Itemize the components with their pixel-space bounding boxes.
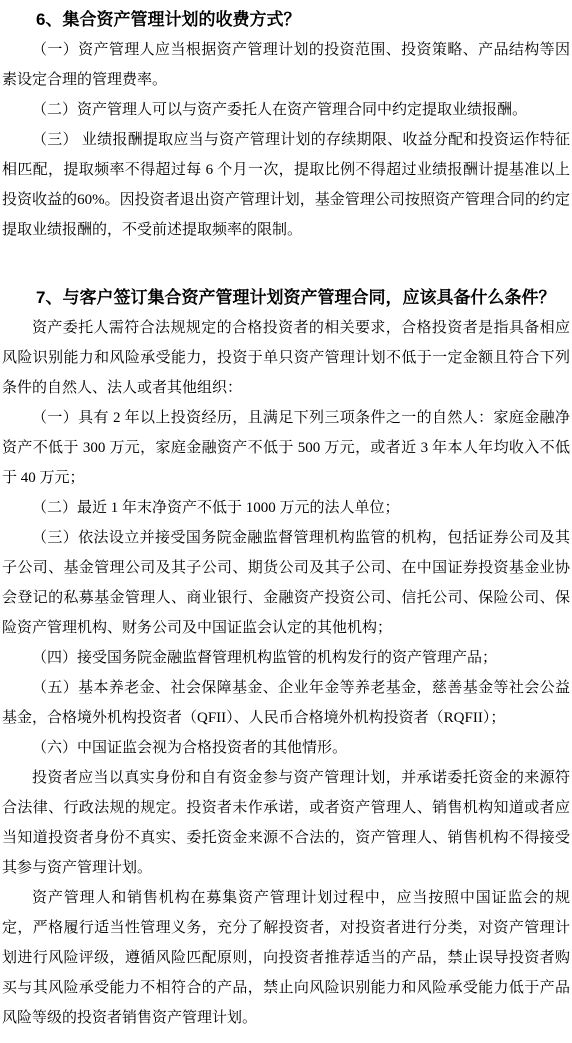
section-contract-conditions: 7、与客户签订集合资产管理计划资产管理合同，应该具备什么条件？ 资产委托人需符合… [2,283,570,1033]
section-7-paragraph-item-5: （五）基本养老金、社会保障基金、企业年金等养老基金，慈善基金等社会公益基金，合格… [2,673,570,733]
section-7-paragraph-item-3: （三）依法设立并接受国务院金融监督管理机构监管的机构，包括证券公司及其子公司、基… [2,523,570,643]
section-6-paragraph-3: （三） 业绩报酬提取应当与资产管理计划的存续期限、收益分配和投资运作特征相匹配，… [2,125,570,245]
document-page: 6、集合资产管理计划的收费方式？ （一）资产管理人应当根据资产管理计划的投资范围… [0,0,572,1043]
section-7-paragraph-item-2: （二）最近 1 年末净资产不低于 1000 万元的法人单位； [2,493,570,523]
section-7-heading: 7、与客户签订集合资产管理计划资产管理合同，应该具备什么条件？ [2,283,570,313]
section-7-paragraph-item-6: （六）中国证监会视为合格投资者的其他情形。 [2,733,570,763]
section-7-paragraph-suitability: 资产管理人和销售机构在募集资产管理计划过程中，应当按照中国证监会的规定，严格履行… [2,883,570,1033]
section-7-paragraph-investor-commitment: 投资者应当以真实身份和自有资金参与资产管理计划，并承诺委托资金的来源符合法律、行… [2,763,570,883]
section-7-paragraph-intro: 资产委托人需符合法规规定的合格投资者的相关要求，合格投资者是指具备相应风险识别能… [2,313,570,403]
section-7-paragraph-item-1: （一）具有 2 年以上投资经历，且满足下列三项条件之一的自然人：家庭金融净资产不… [2,403,570,493]
section-6-heading: 6、集合资产管理计划的收费方式？ [2,5,570,35]
section-6-paragraph-2: （二）资产管理人可以与资产委托人在资产管理合同中约定提取业绩报酬。 [2,95,570,125]
section-7-paragraph-item-4: （四）接受国务院金融监督管理机构监管的机构发行的资产管理产品； [2,643,570,673]
section-6-paragraph-1: （一）资产管理人应当根据资产管理计划的投资范围、投资策略、产品结构等因素设定合理… [2,35,570,95]
section-fee-method: 6、集合资产管理计划的收费方式？ （一）资产管理人应当根据资产管理计划的投资范围… [2,5,570,245]
